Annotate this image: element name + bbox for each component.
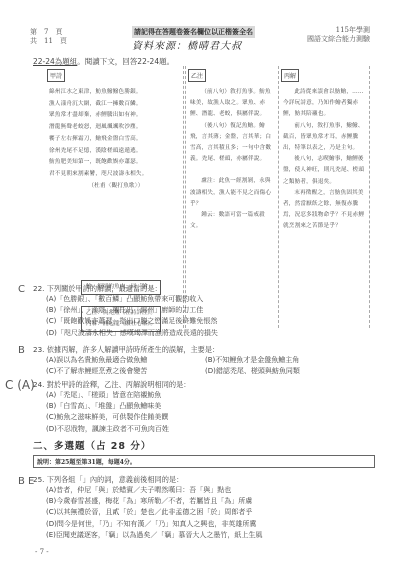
exam-title: 115年學測 國語文綜合能力測驗: [307, 26, 370, 44]
option-b[interactable]: (B)不知鯉魚才是金盤魚鱠主角: [205, 355, 299, 366]
commentary-paragraph: 鍾云：數語可當一篇戒殺文。: [190, 210, 274, 232]
poem-line: 魴魚肥美知第一，既飽歡娛亦蕭瑟。: [49, 157, 148, 169]
page-total: 共 11 頁: [30, 37, 67, 46]
commentary-panel-yi: 乙注 （前八句）敘打魚事。魴魚味美，故漁人取之。眾魚、赤鯉、潛龍、老蛟，俱屬伴說…: [185, 66, 279, 328]
page-number: - 7 -: [35, 548, 49, 556]
option-b[interactable]: (B)「徐州」、「漢陰」襯托出「綿州」廚師的刀工佳: [46, 305, 218, 316]
poem-line: 君不見朝來割素鬐，咫尺波濤永相失。: [49, 169, 148, 181]
option-b[interactable]: (B)「白雪高」、「堆盤」凸顯魚鱠味美: [46, 401, 169, 412]
group-instruction: 。閱讀下文，回答22-24題。: [77, 57, 174, 66]
poem-line: 饔子左右揮霜刀，鱠飛金盤白雪高。: [49, 134, 148, 146]
group-range: 22-24為題組: [33, 57, 77, 66]
question-25: 25. 下列各組「」內的詞，意義前後相同的是：: [33, 474, 183, 485]
question-24: 24. 對於甲詩的詮釋，乙注、丙解說明相同的是：: [33, 379, 191, 390]
poem-source: （杜甫〈觀打魚歌〉）: [49, 181, 148, 193]
question-stem: 對於甲詩的詮釋，乙注、丙解說明相同的是：: [47, 380, 191, 389]
option-a[interactable]: (A)「禿尾」、「槎頭」皆意在陪襯魴魚: [46, 390, 169, 401]
question-number: 24.: [33, 380, 44, 389]
option-e[interactable]: (E)臣聞吏議逐客，「竊」以為過矣／「竊」慕晉大人之墨竹，紙上生風: [46, 530, 262, 541]
answer-mark: B: [18, 345, 25, 356]
option-a[interactable]: (A)「色勝銀」、「數百鱗」凸顯魴魚帶來可觀的收入: [46, 294, 218, 305]
commentary-paragraph: 盧注：此魚一經割剝，永與波濤相失，漁人能不見之而傷心乎？: [190, 176, 274, 210]
question-number: 22.: [33, 284, 44, 293]
answer-mark: C (A): [5, 378, 35, 392]
question-number: 25.: [33, 475, 44, 484]
question-23: 23. 依據丙解，許多人解讀甲詩時所產生的誤解，主要是：: [33, 344, 219, 355]
option-b[interactable]: (B)今歲春雪甚盛，梅花「為」寒所勒／不者，若屬皆且「為」所虜: [46, 496, 262, 507]
commentary-paragraph: （前八句）敘打魚事。魴魚味美，故漁人取之。眾魚、赤鯉、潛龍、老蛟，俱屬伴說。: [190, 87, 274, 121]
handwritten-source: 資料來源：橋晴君大叔: [132, 37, 242, 52]
panel-tag-jia: 甲詩: [47, 69, 65, 82]
option-a[interactable]: (A)昔者，仲尼「與」於蜡賓／夫子喟然嘆曰：吾「與」點也: [46, 485, 262, 496]
question-number: 23.: [33, 345, 44, 354]
option-a[interactable]: (A)誤以為名貴魴魚最適合做魚鱠: [46, 355, 147, 366]
poem-line: 徐州禿尾不足憶，漢陰槎頭遠遁逃。: [49, 146, 148, 158]
panel-tag-bing: 丙解: [281, 69, 299, 82]
option-c[interactable]: (C)以其無禮於晉，且貳「於」楚也／此非孟德之困「於」周郎者乎: [46, 507, 262, 518]
poem-line: 綿州江水之東津，魴魚鱍鱍色勝銀。: [49, 87, 148, 99]
exam-year: 115年學測: [307, 26, 370, 35]
option-c[interactable]: (C)「既飽歡娛亦蕭瑟」指出口腹之慾滿足後終難免悵然: [46, 316, 218, 327]
poem-line: 漁人漾舟沉大網，截江一擁數百鱗。: [49, 99, 148, 111]
question-22: 22. 下列關於甲詩的解讀，最適當的是：: [33, 283, 162, 294]
page-indicator: 第 7 頁 共 11 頁: [30, 28, 67, 46]
poem-line: 潛龍無聲老蛟怒，迴風颯颯吹沙塵。: [49, 122, 148, 134]
question-25-options: (A)昔者，仲尼「與」於蜡賓／夫子喟然嘆曰：吾「與」點也 (B)今歲春雪甚盛，梅…: [46, 485, 262, 541]
exam-subject: 國語文綜合能力測驗: [307, 35, 370, 44]
page-current: 第 7 頁: [30, 28, 67, 37]
option-d[interactable]: (D)錯認禿尾、槎頭與魴魚同類: [205, 366, 300, 377]
question-22-options: (A)「色勝銀」、「數百鱗」凸顯魴魚帶來可觀的收入 (B)「徐州」、「漢陰」襯托…: [46, 294, 218, 339]
section-instruction: 說明：第25題至第31題，每題4分。: [33, 455, 375, 468]
explanation-text: 此詩從來誤會以魴鱠，……今詳玩詩意，乃知作鱠者獨赤鯉，魴其陪襯也。 前八句，敘打…: [283, 87, 365, 233]
option-d[interactable]: (D)「咫尺波濤永相失」感嘆竭澤而漁將造成長遠的損失: [46, 328, 218, 339]
question-24-options: (A)「禿尾」、「槎頭」皆意在陪襯魴魚 (B)「白雪高」、「堆盤」凸顯魚鱠味美 …: [46, 390, 169, 435]
option-c[interactable]: (C)魴魚之滋味鮮美，可供製作佳餚美饌: [46, 412, 169, 423]
commentary-text: （前八句）敘打魚事。魴魚味美，故漁人取之。眾魚、赤鯉、潛龍、老蛟，俱屬伴說。 （…: [190, 87, 274, 232]
question-stem: 下列關於甲詩的解讀，最適當的是：: [47, 284, 162, 293]
option-c[interactable]: (C)不了解赤鯉經烹煮之後會變苦: [46, 366, 147, 377]
option-d[interactable]: (D)問今是何世，「乃」不知有漢／「乃」知真人之興也，非英雄所冀: [46, 519, 262, 530]
commentary-panel-bing: 丙解 此詩從來誤會以魴鱠，……今詳玩詩意，乃知作鱠者獨赤鯉，魴其陪襯也。 前八句…: [279, 66, 370, 328]
question-stem: 依據丙解，許多人解讀甲詩時所產生的誤解，主要是：: [47, 345, 220, 354]
explanation-paragraph: 後八句，志喫鱠事，鱠鯉後盤，使人神旺，則凡禿尾、槎頭之類魴者，俱退矣。: [283, 154, 365, 188]
commentary-paragraph: （後八句）復記魚鱠。鱠飛，言其薄；金盤，言其華；白雪高，言其積且多；一句中含數義…: [190, 121, 274, 166]
option-d[interactable]: (D)不忍戕物，諷諫主政者不可魚肉百姓: [46, 424, 169, 435]
explanation-paragraph: 末再徵醒之，言魴魚固其美者，然當厭飫之餘，無復赤騰焉，況忍多戕物命乎？不見赤鯉就…: [283, 188, 365, 233]
poem-text: 綿州江水之東津，魴魚鱍鱍色勝銀。 漁人漾舟沉大網，截江一擁數百鱗。 眾魚常才盡却…: [49, 87, 148, 192]
panel-tag-yi: 乙注: [188, 69, 206, 82]
explanation-paragraph: 前八句，敘打魚事，鱍鱍、截百，皆眾魚常才耳，赤鯉騰出，特筆以表之，乃是主句。: [283, 121, 365, 155]
poem-line: 眾魚常才盡却棄，赤鯉騰出如有神。: [49, 110, 148, 122]
question-stem: 下列各組「」內的詞，意義前後相同的是：: [47, 475, 184, 484]
answer-mark: C: [18, 284, 25, 295]
section-title: 二、多選題（占 28 分）: [33, 438, 151, 452]
explanation-paragraph: 此詩從來誤會以魴鱠，……今詳玩詩意，乃知作鱠者獨赤鯉，魴其陪襯也。: [283, 87, 365, 121]
answer-mark: B E: [18, 476, 34, 487]
